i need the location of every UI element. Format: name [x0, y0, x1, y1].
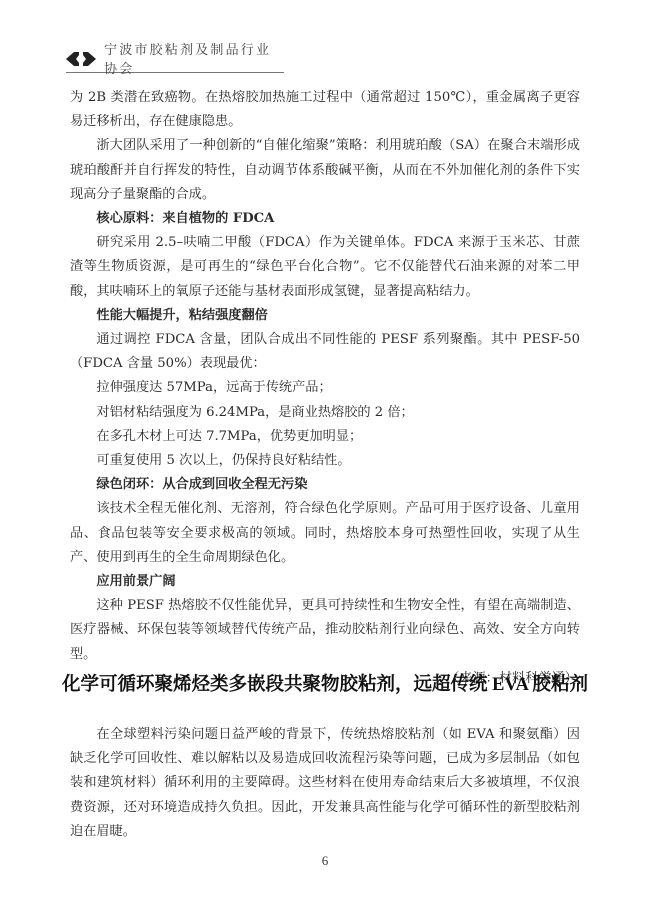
section-heading: 核心原料：来自植物的 FDCA	[70, 207, 580, 231]
paragraph: 这种 PESF 热熔胶不仅性能优异，更具可持续性和生物安全性，有望在高端制造、医…	[70, 594, 580, 667]
article-body: 为 2B 类潜在致癌物。在热熔胶加热施工过程中（通常超过 150℃），重金属离子…	[70, 86, 580, 691]
page-number: 6	[0, 853, 650, 869]
association-logo-icon	[66, 51, 96, 65]
article-title: 化学可循环聚烯烃类多嵌段共聚物胶粘剂，远超传统 EVA 胶粘剂	[60, 670, 590, 696]
paragraph: 浙大团队采用了一种创新的“自催化缩聚”策略：利用琥珀酸（SA）在聚合末端形成琥珀…	[70, 134, 580, 207]
paragraph: 研究采用 2.5–呋喃二甲酸（FDCA）作为关键单体。FDCA 来源于玉米芯、甘…	[70, 231, 580, 304]
paragraph: 为 2B 类潜在致癌物。在热熔胶加热施工过程中（通常超过 150℃），重金属离子…	[70, 86, 580, 134]
page-header: 宁波市胶粘剂及制品行业协会	[66, 44, 284, 73]
list-item: 拉伸强度达 57MPa，远高于传统产品；	[70, 376, 580, 400]
header-title: 宁波市胶粘剂及制品行业协会	[104, 39, 284, 77]
list-item: 可重复使用 5 次以上，仍保持良好粘结性。	[70, 449, 580, 473]
list-item: 在多孔木材上可达 7.7MPa，优势更加明显；	[70, 425, 580, 449]
paragraph: 在全球塑料污染问题日益严峻的背景下，传统热熔胶粘剂（如 EVA 和聚氨酯）因缺乏…	[70, 723, 580, 844]
paragraph: 该技术全程无催化剂、无溶剂，符合绿色化学原则。产品可用于医疗设备、儿童用品、食品…	[70, 497, 580, 570]
section-heading: 绿色闭环：从合成到回收全程无污染	[70, 473, 580, 497]
section-heading: 性能大幅提升，粘结强度翻倍	[70, 304, 580, 328]
section-heading: 应用前景广阔	[70, 570, 580, 594]
list-item: 对铝材粘结强度为 6.24MPa，是商业热熔胶的 2 倍；	[70, 401, 580, 425]
paragraph: 通过调控 FDCA 含量，团队合成出不同性能的 PESF 系列聚酯。其中 PES…	[70, 328, 580, 376]
article-body: 在全球塑料污染问题日益严峻的背景下，传统热熔胶粘剂（如 EVA 和聚氨酯）因缺乏…	[70, 723, 580, 844]
